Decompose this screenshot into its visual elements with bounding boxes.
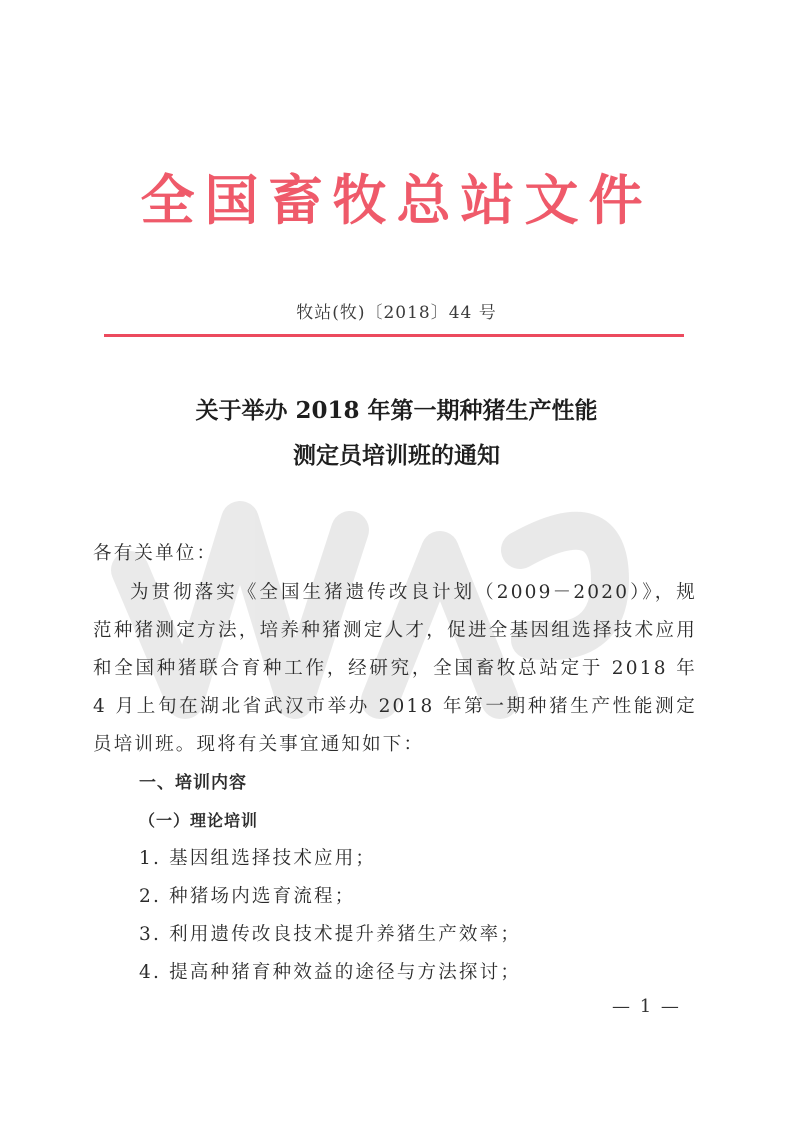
list-item: 4. 提高种猪育种效益的途径与方法探讨； <box>93 954 697 992</box>
document-page: 全国畜牧总站文件 牧站(牧)〔2018〕44 号 关于举办 2018 年第一期种… <box>0 0 793 1122</box>
issuing-authority-title: 全国畜牧总站文件 <box>0 165 793 235</box>
list-item: 3. 利用遗传改良技术提升养猪生产效率； <box>93 916 697 954</box>
notice-title-line-1: 关于举办 2018 年第一期种猪生产性能 <box>0 388 793 433</box>
notice-title: 关于举办 2018 年第一期种猪生产性能 测定员培训班的通知 <box>0 388 793 478</box>
section-heading-training-content: 一、培训内容 <box>93 764 697 802</box>
list-item: 1. 基因组选择技术应用； <box>93 840 697 878</box>
list-item: 2. 种猪场内选育流程； <box>93 878 697 916</box>
subsection-heading-theory-training: （一）理论培训 <box>93 802 697 840</box>
intro-paragraph: 为贯彻落实《全国生猪遗传改良计划（2009－2020）》，规范种猪测定方法，培养… <box>93 574 697 764</box>
document-body: 各有关单位： 为贯彻落实《全国生猪遗传改良计划（2009－2020）》，规范种猪… <box>93 535 697 992</box>
page-number: — 1 — <box>612 996 681 1017</box>
salutation: 各有关单位： <box>93 535 697 573</box>
notice-title-line-2: 测定员培训班的通知 <box>0 433 793 478</box>
document-number: 牧站(牧)〔2018〕44 号 <box>0 298 793 323</box>
red-divider-line <box>104 334 684 337</box>
